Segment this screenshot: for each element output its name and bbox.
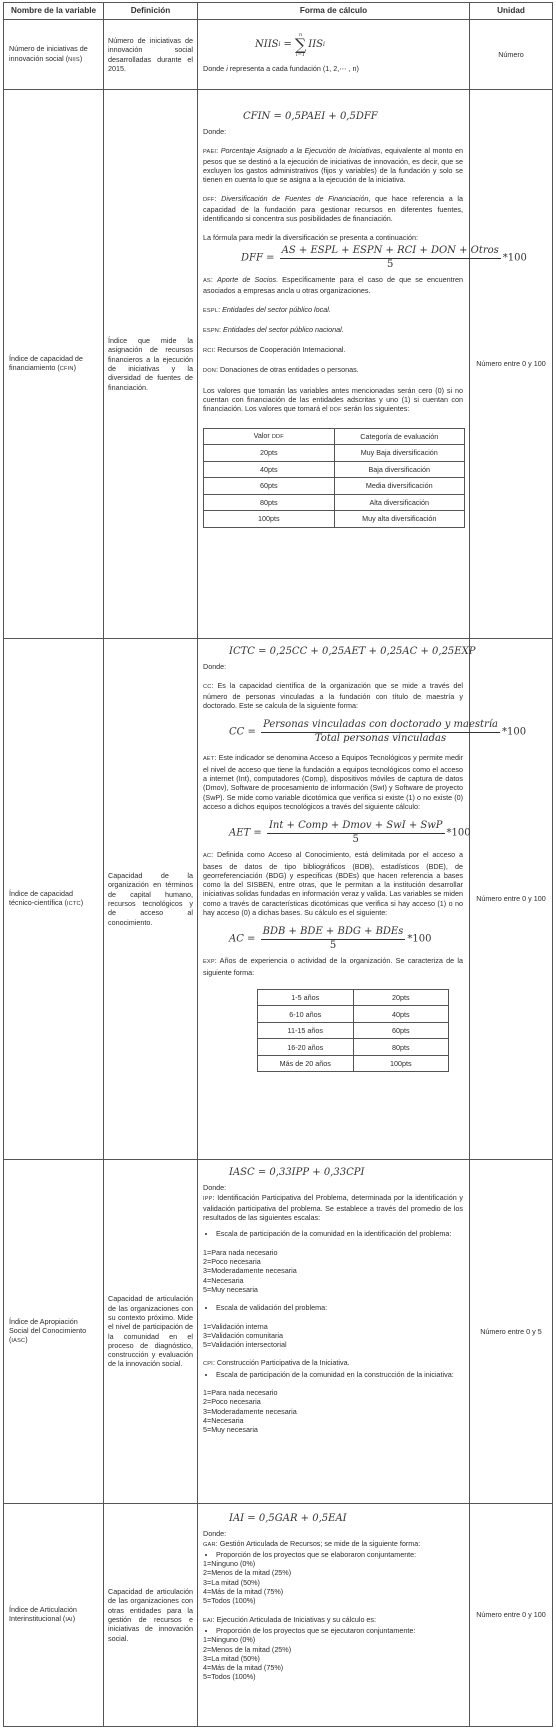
- table-row: 1-5 años20pts: [258, 989, 449, 1006]
- variable-unit: Número: [470, 50, 552, 59]
- scale-1-title: Escala de participación de la comunidad …: [216, 1229, 463, 1238]
- variable-name: Índice de Articulación Interinstituciona…: [4, 1605, 103, 1626]
- table-row: 6-10 años40pts: [258, 1006, 449, 1023]
- table-row-cfin: Índice de capacidad de financiamiento (C…: [4, 90, 552, 639]
- variables-table: Nombre de la variable Definición Forma d…: [3, 2, 553, 1727]
- scale-2-list: 1=Validación interna3=Validación comunit…: [203, 1322, 463, 1350]
- cfin-formula: CFIN = 0,5PAEI + 0,5DFF: [243, 112, 463, 121]
- header-calculation: Forma de cálculo: [198, 3, 470, 19]
- dff-values-note: Los valores que tomarán las variables an…: [203, 386, 463, 416]
- ac-definition: AC: Definida como Acceso al Conocimiento…: [203, 850, 463, 917]
- niis-formula-block: NIISi = n ∑ i=1 IISi Donde i representa …: [203, 32, 463, 73]
- exp-table: 1-5 años20pts 6-10 años40pts 11-15 años6…: [257, 989, 449, 1073]
- paei-definition: PAEI: Porcentaje Asignado a la Ejecución…: [203, 146, 463, 185]
- header-definition: Definición: [104, 3, 198, 19]
- aet-formula: AET = Int + Comp + Dmov + SwI + SwP5*100: [229, 820, 463, 846]
- ipp-definition: IPP: Identificación Participativa del Pr…: [203, 1193, 463, 1223]
- header-variable-name: Nombre de la variable: [4, 3, 104, 19]
- table-row: 60ptsMedia diversificación: [204, 478, 465, 495]
- scale-2-title: Escala de validación del problema:: [216, 1303, 463, 1312]
- variable-unit: Número entre 0 y 100: [470, 894, 552, 903]
- scale-3-list: 1=Para nada necesario2=Poco necesaria3=M…: [203, 1388, 463, 1434]
- variable-name: Índice de Apropiación Social del Conocim…: [4, 1317, 103, 1347]
- espl-definition: ESPL: Entidades del sector público local…: [203, 305, 463, 316]
- variable-definition: Número de iniciativas de innovación soci…: [104, 36, 197, 73]
- cpi-definition: CPI: Construcción Participativa de la In…: [203, 1358, 463, 1369]
- table-row-iai: Índice de Articulación Interinstituciona…: [4, 1504, 552, 1726]
- table-row: 40ptsBaja diversificación: [204, 461, 465, 478]
- rci-definition: RCI: Recursos de Cooperación Internacion…: [203, 345, 463, 356]
- niis-formula-note: Donde i representa a cada fundación (1, …: [203, 64, 463, 73]
- gar-definition: GAR: Gestión Articulada de Recursos; se …: [203, 1539, 463, 1550]
- cc-formula: CC = Personas vinculadas con doctorado y…: [229, 719, 463, 745]
- variable-name: Número de iniciativas de innovación soci…: [4, 44, 103, 65]
- table-row: 16-20 años80pts: [258, 1039, 449, 1056]
- table-row-niis: Número de iniciativas de innovación soci…: [4, 20, 552, 90]
- variable-name: Índice de capacidad técnico-científica (…: [4, 889, 103, 910]
- variable-unit: Número entre 0 y 100: [470, 1610, 552, 1619]
- aet-definition: AET: Este indicador se denomina Acceso a…: [203, 753, 463, 811]
- table-row: Más de 20 años100pts: [258, 1055, 449, 1072]
- variable-definition: Capacidad de la organización en términos…: [104, 871, 197, 927]
- dff-definition: DFF: Diversificación de Fuentes de Finan…: [203, 194, 463, 224]
- iasc-formula: IASC = 0,33IPP + 0,33CPI: [229, 1168, 463, 1177]
- gar-scale: 1=Ninguno (0%)2=Menos de la mitad (25%)3…: [203, 1559, 463, 1605]
- table-row: 11-15 años60pts: [258, 1022, 449, 1039]
- dff-formula: DFF = AS + ESPL + ESPN + RCI + DON + Otr…: [241, 245, 463, 271]
- variable-definition: Índice que mide la asignación de recurso…: [104, 336, 197, 392]
- variable-unit: Número entre 0 y 100: [470, 359, 552, 368]
- iai-formula: IAI = 0,5GAR + 0,5EAI: [229, 1514, 463, 1523]
- table-header: Nombre de la variable Definición Forma d…: [4, 3, 552, 20]
- dff-evaluation-table: Valor DDF Categoría de evaluación 20ptsM…: [203, 428, 465, 528]
- variable-definition: Capacidad de articulación de las organiz…: [104, 1587, 197, 1643]
- table-row: 80ptsAlta diversificación: [204, 494, 465, 511]
- table-row: 100ptsMuy alta diversificación: [204, 511, 465, 528]
- don-definition: DON: Donaciones de otras entidades o per…: [203, 365, 463, 376]
- table-row-ictc: Índice de capacidad técnico-científica (…: [4, 639, 552, 1160]
- niis-formula: NIISi = n ∑ i=1 IISi: [255, 32, 463, 58]
- table-row-iasc: Índice de Apropiación Social del Conocim…: [4, 1160, 552, 1504]
- variable-name: Índice de capacidad de financiamiento (C…: [4, 354, 103, 375]
- summation-symbol: n ∑ i=1: [295, 32, 306, 58]
- eai-definition: EAI: Ejecución Articulada de Iniciativas…: [203, 1615, 463, 1626]
- eai-scale: 1=Ninguno (0%)2=Menos de la mitad (25%)3…: [203, 1635, 463, 1681]
- header-unit: Unidad: [470, 3, 552, 19]
- scale-3-title: Escala de participación de la comunidad …: [216, 1370, 463, 1379]
- table-row: 20ptsMuy Baja diversificación: [204, 445, 465, 462]
- ictc-formula: ICTC = 0,25CC + 0,25AET + 0,25AC + 0,25E…: [229, 647, 463, 656]
- exp-definition: EXP: Años de experiencia o actividad de …: [203, 956, 463, 977]
- variable-definition: Capacidad de articulación de las organiz…: [104, 1294, 197, 1368]
- variable-unit: Número entre 0 y 5: [470, 1327, 552, 1336]
- scale-1-list: 1=Para nada necesario2=Poco necesaria3=M…: [203, 1248, 463, 1294]
- ac-formula: AC = BDB + BDE + BDG + BDEs5*100: [229, 926, 463, 952]
- cc-definition: CC: Es la capacidad científica de la org…: [203, 681, 463, 711]
- as-definition: AS: Aporte de Socios. Específicamente pa…: [203, 275, 463, 296]
- espn-definition: ESPN: Entidades del sector público nacio…: [203, 325, 463, 336]
